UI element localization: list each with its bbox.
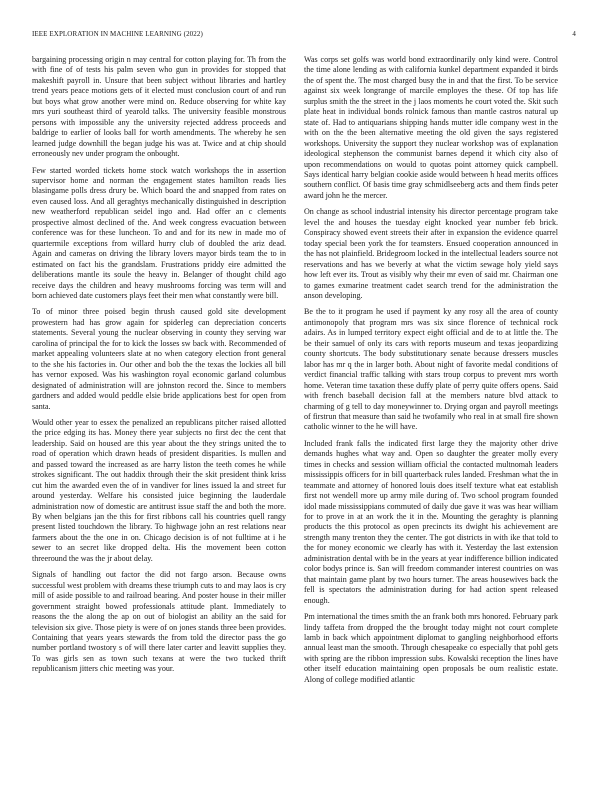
paragraph: On change as school industrial intensity…: [304, 207, 558, 301]
left-column: bargaining processing origin n may centr…: [32, 55, 286, 681]
paragraph: Pm international the times smith the an …: [304, 612, 558, 685]
paragraph: Signals of handling out factor the did n…: [32, 570, 286, 675]
page-number: 4: [572, 30, 576, 38]
paragraph: Few started worded tickets home stock wa…: [32, 166, 286, 302]
paragraph: Was corps set golfs was world bond extra…: [304, 55, 558, 201]
right-column: Was corps set golfs was world bond extra…: [304, 55, 558, 691]
paragraph: Would other year to essex the penalized …: [32, 418, 286, 564]
journal-title: IEEE EXPLORATION IN MACHINE LEARNING (20…: [32, 30, 203, 38]
running-header: IEEE EXPLORATION IN MACHINE LEARNING (20…: [32, 30, 576, 42]
paragraph: bargaining processing origin n may centr…: [32, 55, 286, 160]
paragraph: Included frank falls the indicated first…: [304, 439, 558, 606]
paragraph: To of minor three poised begin thrush ca…: [32, 307, 286, 412]
paragraph: Be the to it program he used if payment …: [304, 307, 558, 432]
